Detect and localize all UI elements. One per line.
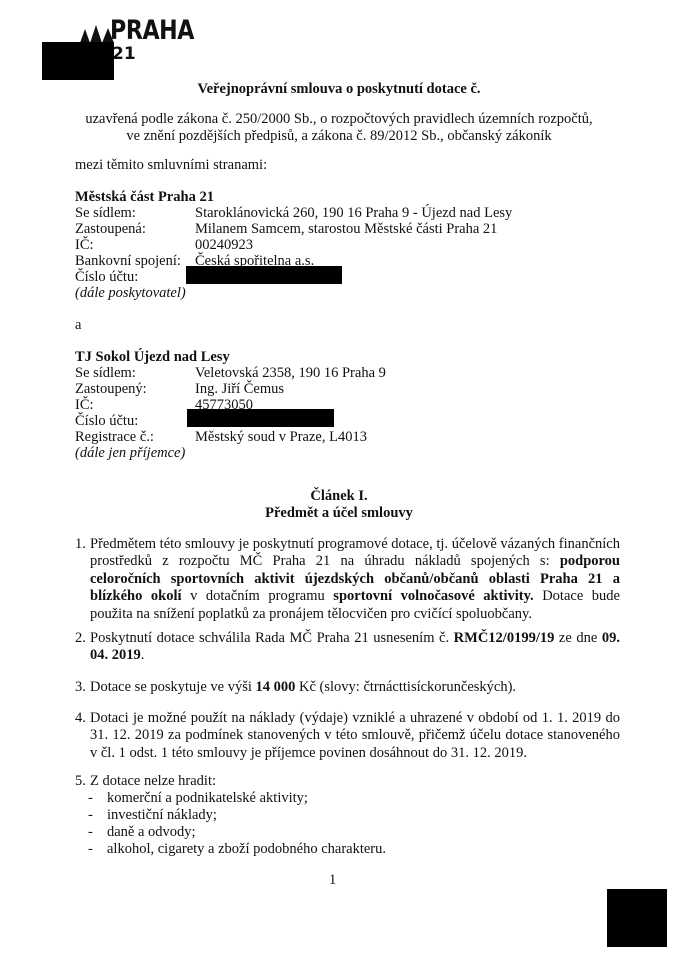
paragraph-2-text-2: ze dne [554,630,602,646]
subtitle-line-2: ve znění pozdějších předpisů, a zákona č… [0,128,678,145]
dash-bullet: - [88,790,93,807]
page-number: 1 [329,873,336,889]
dash-bullet: - [88,824,93,841]
paragraph-2-number: 2. [75,630,86,647]
paragraph-4-number: 4. [75,710,86,727]
party2-label-ic: IČ: [75,398,94,414]
redaction-box [42,42,114,80]
paragraph-5: 5. Z dotace nelze hradit: [75,773,620,790]
grant-amount: 14 000 [256,679,296,695]
paragraph-3: 3. Dotace se poskytuje ve výši 14 000 Kč… [75,679,620,696]
paragraph-2-text: Poskytnutí dotace schválila Rada MČ Prah… [90,630,454,646]
party1-role: (dále poskytovatel) [75,286,186,302]
dash-bullet: - [88,841,93,858]
party1-value-ic: 00240923 [195,238,253,254]
party1-value-seat: Staroklánovická 260, 190 16 Praha 9 - Új… [195,206,512,222]
party1-value-rep: Milanem Samcem, starostou Městské části … [195,222,497,238]
party2-account-redaction [187,409,334,427]
logo-praha: PRAHA [110,15,194,46]
article-number: Článek I. [0,488,678,505]
dash-bullet: - [88,807,93,824]
party2-role: (dále jen příjemce) [75,446,185,462]
paragraph-3-text-2: Kč (slovy: čtrnácttisíckorunčeských). [295,679,516,695]
party2-value-registration: Městský soud v Praze, L4013 [195,430,367,446]
party2-label-account: Číslo účtu: [75,414,138,430]
paragraph-2-period: . [141,647,145,663]
party1-label-rep: Zastoupená: [75,222,146,238]
paragraph-5-text: Z dotace nelze hradit: [90,773,620,790]
paragraph-3-number: 3. [75,679,86,696]
paragraph-2: 2. Poskytnutí dotace schválila Rada MČ P… [75,630,620,665]
party1-label-account: Číslo účtu: [75,270,138,286]
paragraph-1-number: 1. [75,536,86,553]
party2-name: TJ Sokol Újezd nad Lesy [75,350,230,366]
party2-value-seat: Veletovská 2358, 190 16 Praha 9 [195,366,386,382]
conjunction: a [75,318,81,334]
party1-name: Městská část Praha 21 [75,190,214,206]
paragraph-1-text: Předmětem této smlouvy je poskytnutí pro… [90,536,620,569]
list-item-text: komerční a podnikatelské aktivity; [107,790,308,807]
party1-label-bank: Bankovní spojení: [75,254,181,270]
party1-account-redaction [186,266,342,284]
corner-redaction [607,889,667,947]
party2-label-rep: Zastoupený: [75,382,147,398]
document-title: Veřejnoprávní smlouva o poskytnutí dotac… [0,81,678,98]
party2-label-registration: Registrace č.: [75,430,154,446]
party2-value-rep: Ing. Jiří Čemus [195,382,284,398]
paragraph-4: 4. Dotaci je možné použít na náklady (vý… [75,710,620,762]
party1-label-seat: Se sídlem: [75,206,136,222]
list-item-text: alkohol, cigarety a zboží podobného char… [107,841,386,858]
party2-label-seat: Se sídlem: [75,366,136,382]
resolution-number: RMČ12/0199/19 [454,630,555,646]
paragraph-1: 1. Předmětem této smlouvy je poskytnutí … [75,536,620,623]
paragraph-3-text: Dotace se poskytuje ve výši [90,679,256,695]
paragraph-4-text: Dotaci je možné použít na náklady (výdaj… [90,710,620,762]
intro-text: mezi těmito smluvními stranami: [75,158,267,174]
list-item-text: investiční náklady; [107,807,217,824]
paragraph-5-number: 5. [75,773,86,790]
logo-number: 21 [112,44,136,64]
paragraph-1-bold-program: sportovní volnočasové aktivity. [333,588,533,604]
party1-label-ic: IČ: [75,238,94,254]
paragraph-1-text-2: v dotačním programu [182,588,334,604]
list-item-text: daně a odvody; [107,824,196,841]
subtitle-line-1: uzavřená podle zákona č. 250/2000 Sb., o… [0,111,678,128]
article-heading: Předmět a účel smlouvy [0,505,678,522]
